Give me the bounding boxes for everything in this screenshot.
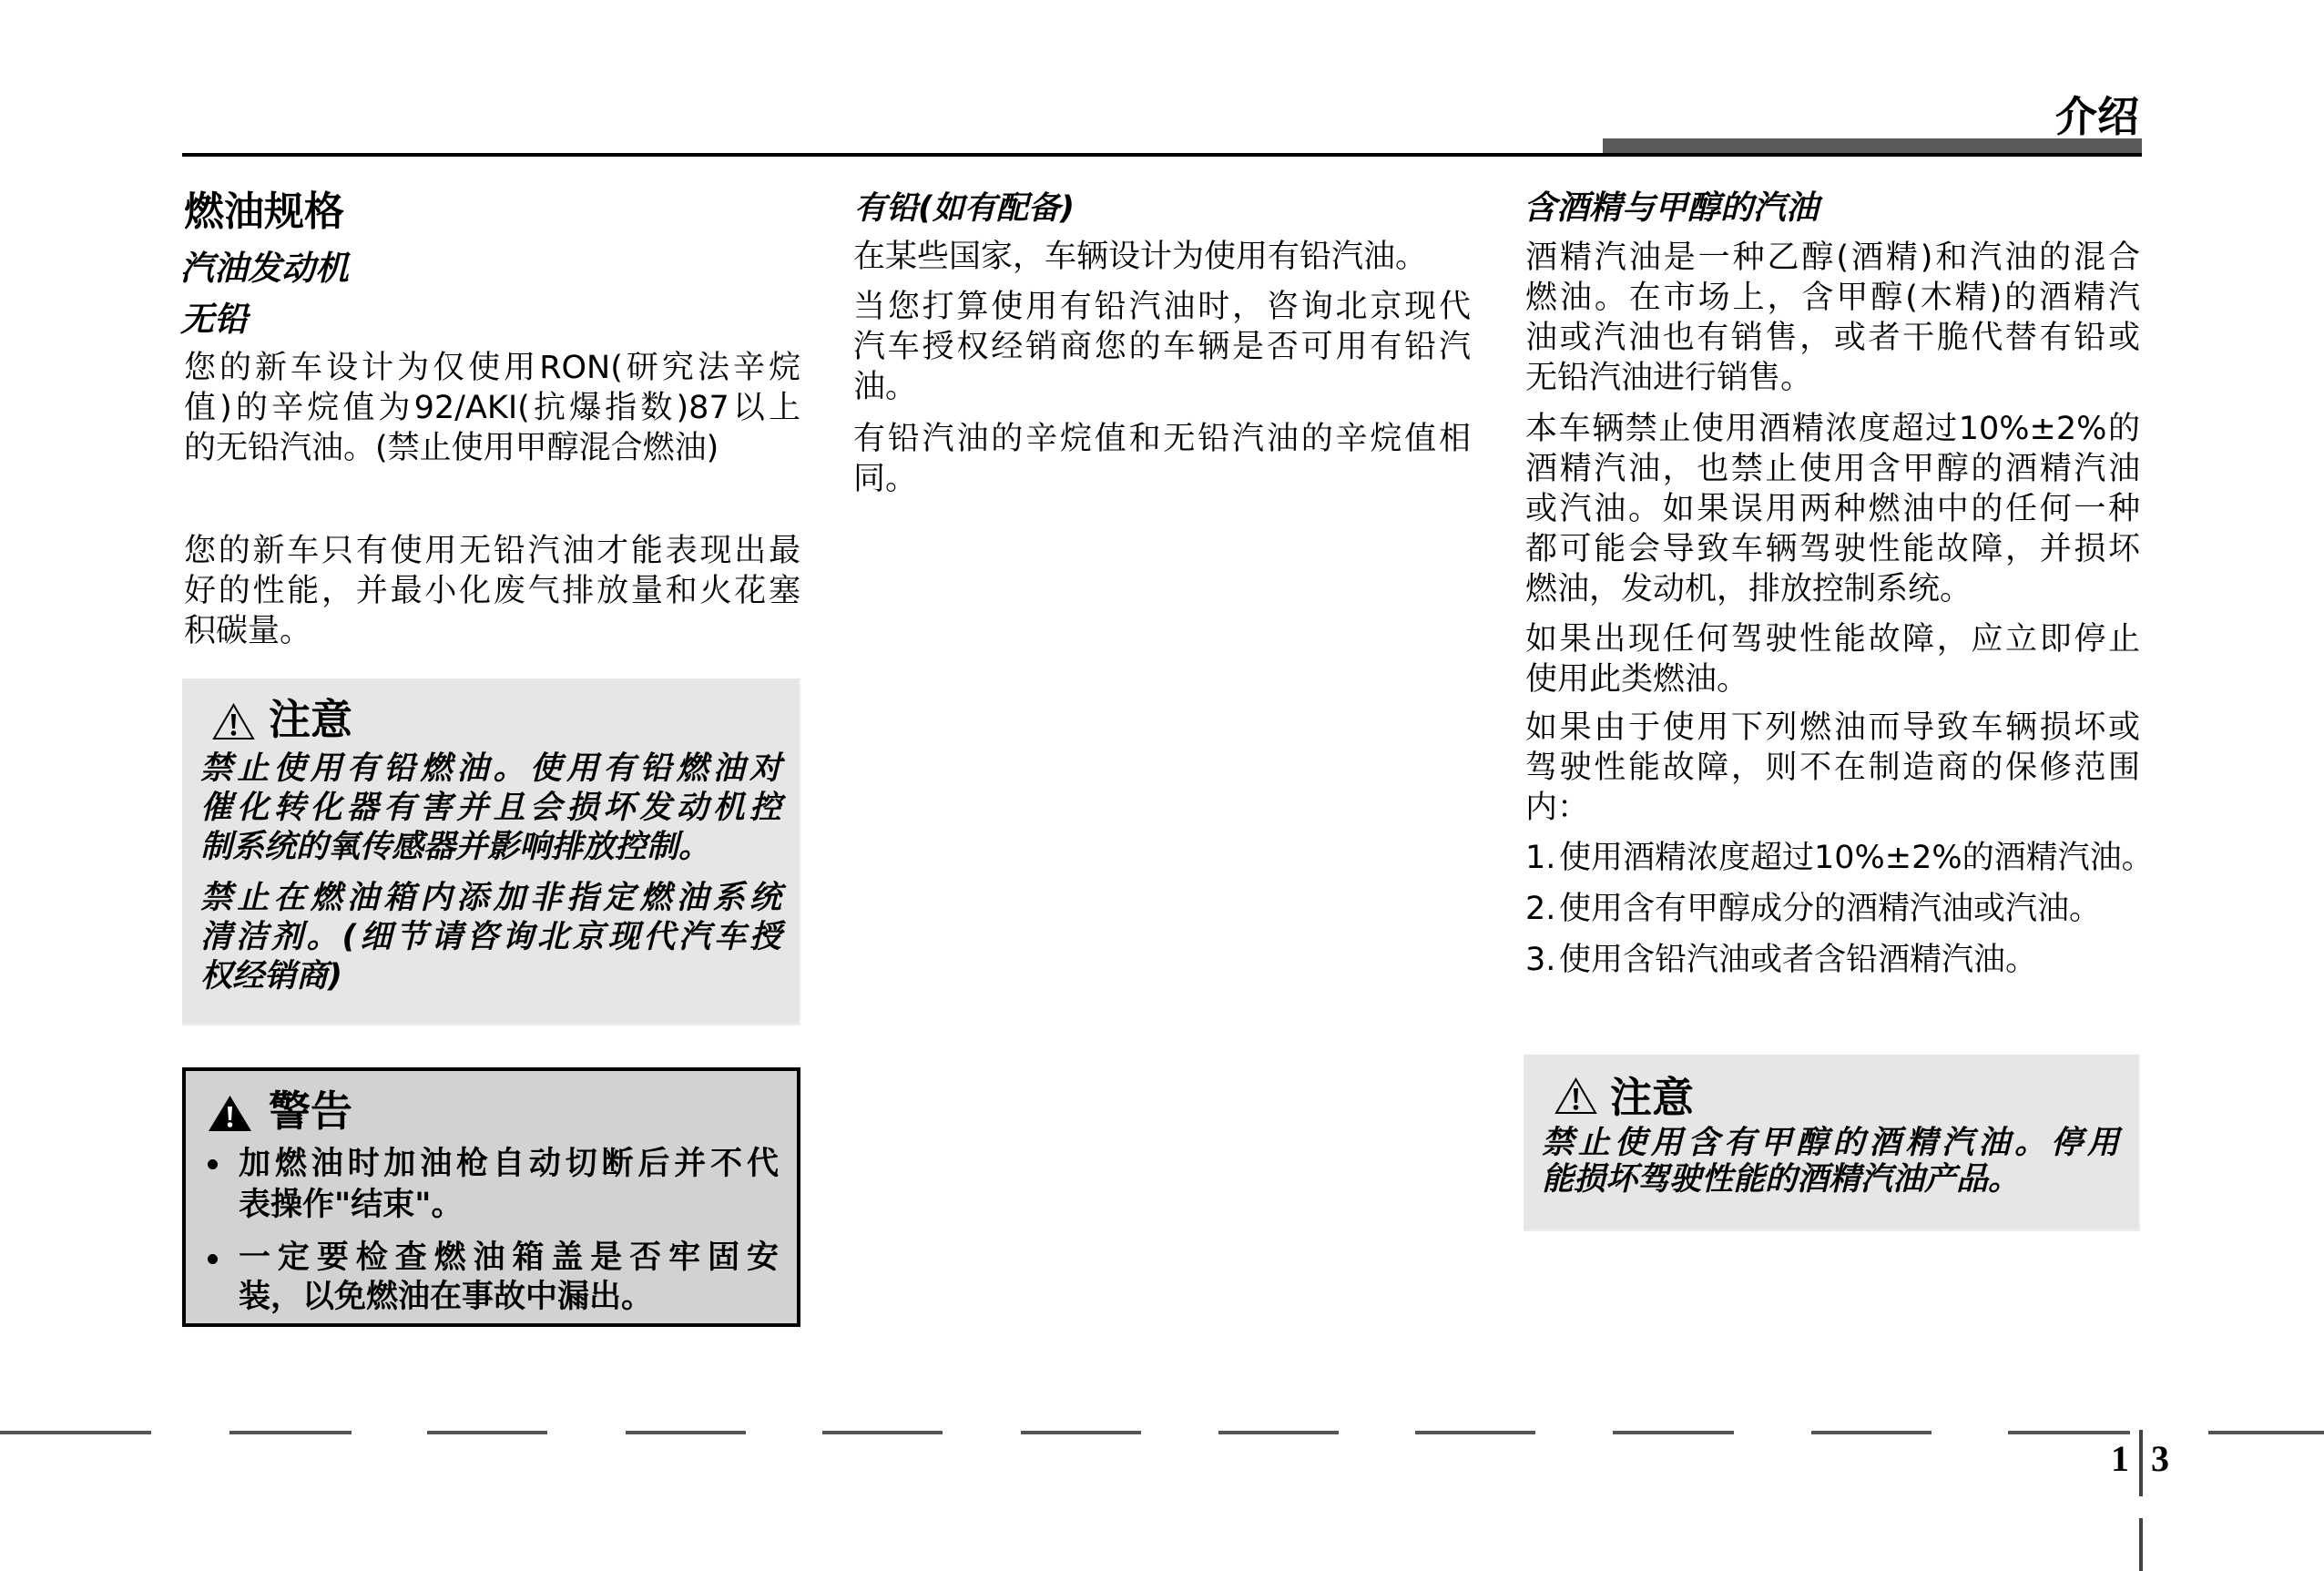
list-item: 3.使用含铅汽油或者含铅酒精汽油。 — [1525, 940, 2037, 980]
text-line: 使用此类燃油。 — [1525, 659, 2140, 699]
dash-segment — [229, 1431, 352, 1434]
paragraph-unleaded-performance: 您的新车只有使用无铅汽油才能表现出最 好的性能，并最小化废气排放量和火花塞 积碳… — [184, 531, 800, 651]
text-line: 能损坏驾驶性能的酒精汽油产品。 — [1542, 1161, 2119, 1198]
text-line: 本车辆禁止使用酒精浓度超过10%±2%的 — [1525, 409, 2140, 449]
subsection-unleaded: 无铅 — [180, 300, 248, 340]
text-line: 都可能会导致车辆驾驶性能故障，并损坏 — [1525, 529, 2140, 569]
paragraph-stop-use: 如果出现任何驾驶性能故障，应立即停止 使用此类燃油。 — [1525, 619, 2140, 699]
text-line: 有铅汽油的辛烷值和无铅汽油的辛烷值相 — [853, 419, 1471, 459]
text-line: 的无铅汽油。(禁止使用甲醇混合燃油) — [184, 428, 800, 468]
text-line: 油或汽油也有销售，或者干脆代替有铅或 — [1525, 318, 2140, 358]
text-line: 清洁剂。(细节请咨询北京现代汽车授 — [200, 918, 781, 957]
dash-segment — [1218, 1431, 1339, 1434]
paragraph-leaded-consult: 当您打算使用有铅汽油时，咨询北京现代 汽车授权经销商您的车辆是否可用有铅汽 油。 — [853, 287, 1471, 407]
text-line: 积碳量。 — [184, 611, 800, 651]
text-line: 制系统的氧传感器并影响排放控制。 — [200, 828, 781, 867]
subtitle-gasoline-engine: 汽油发动机 — [180, 249, 349, 289]
list-item-number: 1. — [1525, 838, 1559, 878]
dash-segment — [427, 1431, 547, 1434]
text-line: 酒精汽油是一种乙醇(酒精)和汽油的混合 — [1525, 238, 2140, 278]
text-line: 一定要检查燃油箱盖是否牢固安 — [239, 1239, 779, 1278]
warning-triangle-icon — [208, 1095, 252, 1132]
text-line: 无铅汽油进行销售。 — [1525, 358, 2140, 398]
dash-segment — [1021, 1431, 1141, 1434]
bullet-icon — [208, 1159, 218, 1169]
paragraph-unleaded-spec: 您的新车设计为仅使用RON(研究法辛烷 值)的辛烷值为92/AKI(抗爆指数)8… — [184, 348, 800, 468]
page-number-divider — [2139, 1430, 2143, 1496]
caution-paragraph: 禁止使用含有甲醇的酒精汽油。停用 能损坏驾驶性能的酒精汽油产品。 — [1542, 1125, 2119, 1198]
heading-alcohol-methanol: 含酒精与甲醇的汽油 — [1524, 189, 1819, 229]
caution-box-leaded-fuel: 注意 禁止使用有铅燃油。使用有铅燃油对 催化转化器有害并且会损坏发动机控 制系统… — [182, 678, 800, 1025]
text-line: 催化转化器有害并且会损坏发动机控 — [200, 789, 781, 828]
warning-box-refueling: 警告 加燃油时加油枪自动切断后并不代 表操作"结束"。 一定要检查燃油箱盖是否牢… — [182, 1067, 800, 1327]
dash-segment — [626, 1431, 746, 1434]
caution-title: 注意 — [269, 697, 352, 742]
text-line: 如果由于使用下列燃油而导致车辆损坏或 — [1525, 708, 2140, 748]
list-item: 2.使用含有甲醇成分的酒精汽油或汽油。 — [1525, 889, 2101, 929]
paragraph-gasohol-prohibition: 本车辆禁止使用酒精浓度超过10%±2%的 酒精汽油，也禁止使用含甲醇的酒精汽油 … — [1525, 409, 2140, 609]
warning-bullet-item: 加燃油时加油枪自动切断后并不代 表操作"结束"。 — [239, 1144, 779, 1226]
dash-segment — [1811, 1431, 1932, 1434]
text-line: 在某些国家，车辆设计为使用有铅汽油。 — [853, 237, 1471, 277]
paragraph-leaded-countries: 在某些国家，车辆设计为使用有铅汽油。 — [853, 237, 1471, 277]
text-line: 值)的辛烷值为92/AKI(抗爆指数)87以上 — [184, 388, 800, 428]
text-line: 内： — [1525, 788, 2140, 828]
paragraph-leaded-octane: 有铅汽油的辛烷值和无铅汽油的辛烷值相 同。 — [853, 419, 1471, 499]
text-line: 禁止使用含有甲醇的酒精汽油。停用 — [1542, 1125, 2119, 1161]
header-rule — [182, 153, 2142, 157]
section-title: 介绍 — [2055, 95, 2139, 138]
dash-segment — [1613, 1431, 1734, 1434]
dash-segment — [2208, 1431, 2324, 1434]
page-number-divider — [2139, 1518, 2143, 1571]
text-line: 您的新车只有使用无铅汽油才能表现出最 — [184, 531, 800, 571]
caution-triangle-icon — [1554, 1077, 1597, 1115]
text-line: 禁止在燃油箱内添加非指定燃油系统 — [200, 879, 781, 918]
text-line: 汽车授权经销商您的车辆是否可用有铅汽 — [853, 327, 1471, 367]
caution-paragraph: 禁止在燃油箱内添加非指定燃油系统 清洁剂。(细节请咨询北京现代汽车授 权经销商) — [200, 879, 781, 996]
text-line: 如果出现任何驾驶性能故障，应立即停止 — [1525, 619, 2140, 659]
text-line: 加燃油时加油枪自动切断后并不代 — [239, 1144, 779, 1185]
warranty-exclusion-list: 1.使用酒精浓度超过10%±2%的酒精汽油。 2.使用含有甲醇成分的酒精汽油或汽… — [1525, 838, 2140, 1002]
text-line: 或汽油。如果误用两种燃油中的任何一种 — [1525, 489, 2140, 529]
list-item-text: 使用含有甲醇成分的酒精汽油或汽油。 — [1559, 891, 2101, 927]
text-line: 权经销商) — [200, 957, 781, 996]
text-line: 好的性能，并最小化废气排放量和火花塞 — [184, 571, 800, 611]
list-item-number: 2. — [1525, 889, 1559, 929]
warning-bullet-item: 一定要检查燃油箱盖是否牢固安 装，以免燃油在事故中漏出。 — [239, 1239, 779, 1317]
list-item-text: 使用酒精浓度超过10%±2%的酒精汽油。 — [1559, 840, 2154, 876]
dash-segment — [2008, 1431, 2130, 1434]
caution-triangle-icon — [212, 703, 255, 740]
text-line: 您的新车设计为仅使用RON(研究法辛烷 — [184, 348, 800, 388]
caution-paragraph: 禁止使用有铅燃油。使用有铅燃油对 催化转化器有害并且会损坏发动机控 制系统的氧传… — [200, 750, 781, 867]
text-line: 装，以免燃油在事故中漏出。 — [239, 1278, 779, 1317]
text-line: 燃油。在市场上，含甲醇(木精)的酒精汽 — [1525, 278, 2140, 318]
list-item-text: 使用含铅汽油或者含铅酒精汽油。 — [1559, 942, 2037, 978]
page-number: 3 — [2151, 1440, 2169, 1478]
warning-title: 警告 — [269, 1088, 352, 1134]
text-line: 同。 — [853, 459, 1471, 499]
list-item-number: 3. — [1525, 940, 1559, 980]
text-line: 驾驶性能故障，则不在制造商的保修范围 — [1525, 748, 2140, 788]
page-title: 燃油规格 — [184, 189, 344, 235]
paragraph-warranty: 如果由于使用下列燃油而导致车辆损坏或 驾驶性能故障，则不在制造商的保修范围 内： — [1525, 708, 2140, 828]
list-item: 1.使用酒精浓度超过10%±2%的酒精汽油。 — [1525, 838, 2154, 878]
text-line: 禁止使用有铅燃油。使用有铅燃油对 — [200, 750, 781, 789]
bullet-icon — [208, 1254, 218, 1264]
text-line: 酒精汽油，也禁止使用含甲醇的酒精汽油 — [1525, 449, 2140, 489]
text-line: 表操作"结束"。 — [239, 1185, 779, 1226]
chapter-number: 1 — [2111, 1440, 2129, 1478]
caution-title: 注意 — [1610, 1075, 1694, 1120]
dash-segment — [1415, 1431, 1535, 1434]
text-line: 油。 — [853, 367, 1471, 407]
text-line: 燃油，发动机，排放控制系统。 — [1525, 569, 2140, 609]
heading-leaded: 有铅(如有配备) — [854, 189, 1075, 229]
paragraph-gasohol-definition: 酒精汽油是一种乙醇(酒精)和汽油的混合 燃油。在市场上，含甲醇(木精)的酒精汽 … — [1525, 238, 2140, 398]
dash-segment — [822, 1431, 943, 1434]
dash-segment — [0, 1431, 151, 1434]
text-line: 当您打算使用有铅汽油时，咨询北京现代 — [853, 287, 1471, 327]
caution-box-methanol: 注意 禁止使用含有甲醇的酒精汽油。停用 能损坏驾驶性能的酒精汽油产品。 — [1524, 1055, 2140, 1231]
